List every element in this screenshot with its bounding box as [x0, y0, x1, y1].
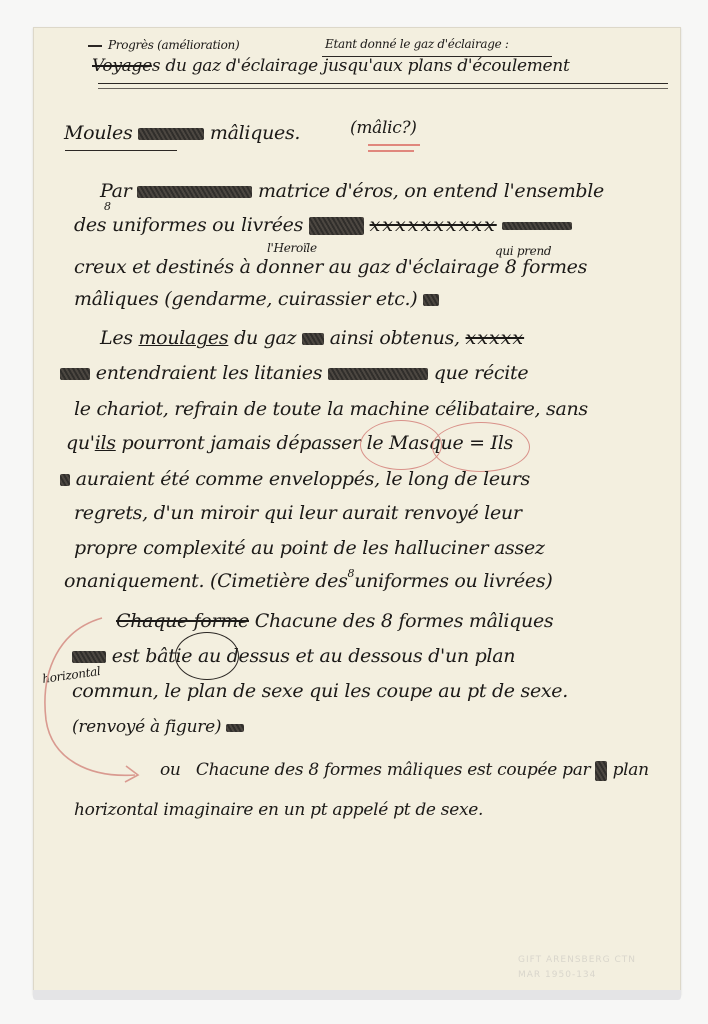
title-annotation: (mâlic?): [350, 118, 417, 138]
p1-line4: mâliques (gendarme, cuirassier etc.): [74, 288, 439, 310]
scribble-struck: [328, 368, 428, 380]
p2-line8: onaniquement. (Cimetière des8uniformes o…: [64, 570, 552, 592]
p2-line5: auraient été comme enveloppés, le long d…: [60, 468, 530, 490]
p1-line3: creux et destinés à donner au gaz d'écla…: [74, 256, 587, 278]
scribble-struck: [137, 186, 252, 198]
header-rule-1: [98, 83, 668, 84]
dash-mark: [88, 45, 102, 47]
red-circle-depasser: [360, 420, 442, 470]
scribble-struck: [60, 474, 70, 486]
title-underline: [65, 150, 177, 151]
accession-stamp-line1: GIFT ARENSBERG CTN: [518, 955, 636, 965]
scribble-struck: [309, 217, 364, 235]
p3-line1: Chaque forme Chacune des 8 formes mâliqu…: [116, 610, 553, 632]
ink-circle-batie: [175, 632, 239, 680]
p1-line1: Par matrice d'éros, on entend l'ensemble: [100, 180, 604, 202]
scribble-struck: [502, 222, 572, 230]
p2-line2: entendraient les litanies que récite: [60, 362, 528, 384]
p2-line1: Les moulages du gaz ainsi obtenus, xxxxx: [100, 327, 524, 349]
p1-insert-heroile: l'Heroïle: [267, 241, 317, 255]
scribble-struck: [302, 333, 324, 345]
title-line: Moules mâliques.: [64, 122, 300, 144]
scribble-struck: [423, 294, 439, 306]
red-underline-1: [368, 144, 420, 146]
header-line2: Voyages du gaz d'éclairage jusqu'aux pla…: [92, 56, 569, 76]
scribble-struck: [138, 128, 204, 140]
p2-line6: regrets, d'un miroir qui leur aurait ren…: [74, 502, 522, 524]
paper-torn-edge: [33, 990, 681, 1000]
red-circle-masque: [432, 422, 530, 472]
scribble-struck: [60, 368, 90, 380]
scribble-struck: [226, 724, 244, 732]
p2-line7: propre complexité au point de les halluc…: [74, 537, 545, 559]
p4-line1: ou Chacune des 8 formes mâliques est cou…: [160, 760, 649, 781]
p1-line2: 8 des uniformes ou livrées xxxxxxxxxx: [74, 214, 572, 236]
red-underline-2: [368, 150, 414, 152]
red-arrow-icon: [30, 610, 180, 790]
scribble-struck: [595, 761, 607, 781]
p4-line2: horizontal imaginaire en un pt appelé pt…: [74, 800, 483, 820]
accession-stamp-line2: MAR 1950-134: [518, 970, 596, 980]
header-rule-2: [98, 88, 668, 89]
header-etant-donne: Etant donné le gaz d'éclairage :: [325, 37, 509, 51]
header-progres: Progrès (amélioration): [108, 38, 239, 52]
p2-line3: le chariot, refrain de toute la machine …: [74, 398, 588, 420]
